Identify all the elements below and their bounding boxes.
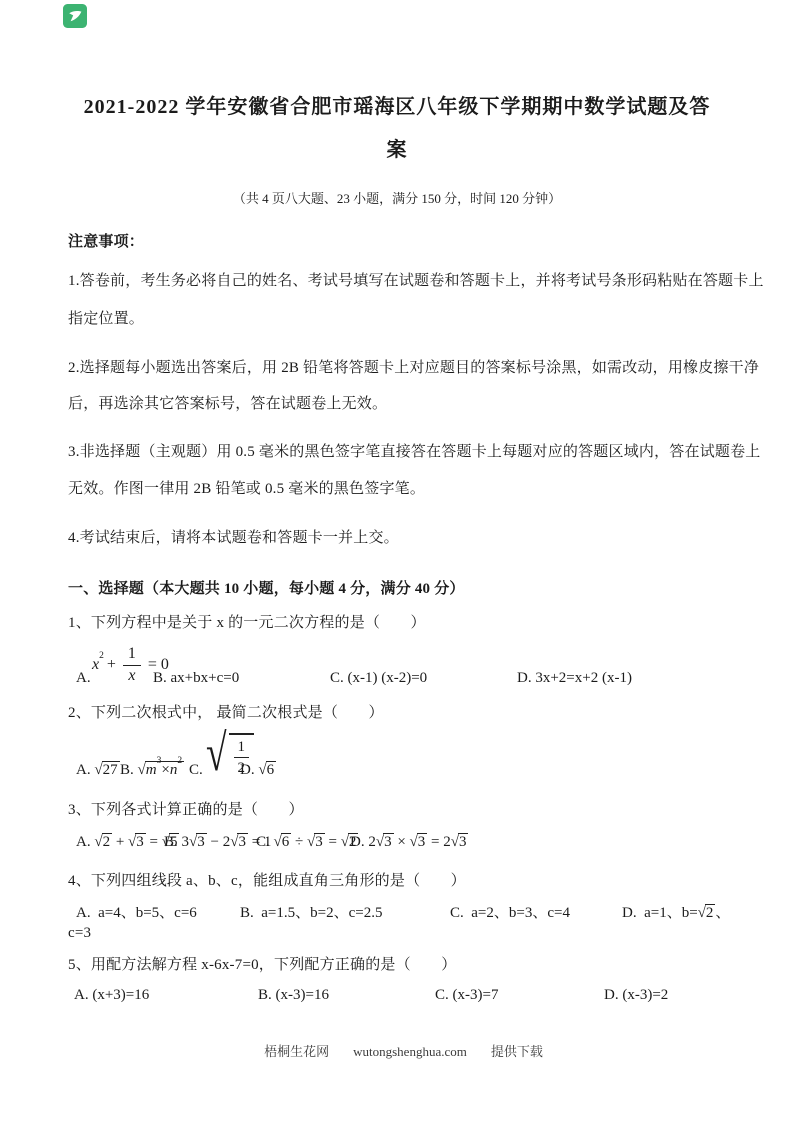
q4-stem: 4、下列四组线段 a、b、c，能组成直角三角形的是（ ） [68,871,466,891]
exam-document-page: 2021-2022 学年安徽省合肥市瑶海区八年级下学期期中数学试题及答 案 （共… [0,0,794,1123]
page-title-line1: 2021-2022 学年安徽省合肥市瑶海区八年级下学期期中数学试题及答 [0,94,794,121]
q2-options-row: A. √27 B. √m3×n2 C. √ 1 2 D. √6 [0,720,794,780]
q2-option-a-radicand: 27 [102,761,120,779]
notice-3-line2: 无效。作图一律用 2B 铅笔或 0.5 毫米的黑色签字笔。 [68,479,425,499]
exam-subtitle: （共 4 页八大题、23 小题，满分 150 分，时间 120 分钟） [0,190,794,208]
q4-option-b: B. a=1.5、b=2、c=2.5 [240,904,382,924]
q5-option-a: A. (x+3)=16 [74,986,149,1006]
notice-3-line1: 3.非选择题（主观题）用 0.5 毫米的黑色签字笔直接答在答题卡上每题对应的答题… [68,442,761,462]
q1-formula-fraction: 1 x [123,645,141,685]
q2-option-d-radicand: 6 [266,761,277,779]
q4-option-a: A. a=4、b=5、c=6 [76,904,197,924]
q2-fraction-numerator: 1 [234,738,250,758]
notice-2-line2: 后，再选涂其它答案标号，答在试题卷上无效。 [68,394,387,414]
q4-options-row: A. a=4、b=5、c=6 B. a=1.5、b=2、c=2.5 C. a=2… [0,901,794,923]
q2-option-c-label: C. [189,761,203,781]
q2-option-d: D. √6 [240,761,276,781]
q1-fraction-denominator: x [128,666,135,685]
q5-option-c: C. (x-3)=7 [435,986,498,1006]
q5-stem: 5、用配方法解方程 x-6x-7=0，下列配方正确的是（ ） [68,955,456,975]
q5-option-b: B. (x-3)=16 [258,986,329,1006]
q1-option-b: B. ax+bx+c=0 [153,669,239,689]
q4-option-d-line2: c=3 [68,923,91,943]
footer-site-url: wutongshenghua.com [353,1044,467,1059]
page-title-line2: 案 [0,137,794,164]
footer-suffix: 提供下载 [491,1044,543,1059]
q1-option-d: D. 3x+2=x+2 (x-1) [517,669,632,689]
q3-option-c: C. √6 ÷ √3 = √2 [256,833,358,853]
notice-1-line1: 1.答卷前，考生务必将自己的姓名、考试号填写在试题卷和答题卡上，并将考试号条形码… [68,271,764,291]
q3-options-row: A. √2 + √3 = √5 B. 3√3 − 2√3 = 1√ C. √6 … [0,828,794,852]
site-logo-icon [63,4,87,28]
notice-1-line2: 指定位置。 [68,309,144,329]
q1-option-a-label: A. [76,669,91,689]
q1-stem: 1、下列方程中是关于 x 的一元二次方程的是（ ） [68,613,426,633]
section-1-heading: 一、选择题（本大题共 10 小题，每小题 4 分，满分 40 分） [68,579,465,599]
notice-4: 4.考试结束后，请将本试题卷和答题卡一并上交。 [68,528,399,548]
footer: 梧桐生花网wutongshenghua.com提供下载 [0,1025,794,1078]
q3-stem: 3、下列各式计算正确的是（ ） [68,800,304,820]
q1-formula-plus: + [107,657,116,673]
notice-heading: 注意事项： [68,232,144,252]
q4-option-d: D. a=1、b=√2、 [622,904,730,924]
notice-2-line1: 2.选择题每小题选出答案后，用 2B 铅笔将答题卡上对应题目的答案标号涂黑，如需… [68,358,759,378]
q4-option-c: C. a=2、b=3、c=4 [450,904,570,924]
q2-option-b: B. √m3×n2 [120,761,184,781]
q2-option-a: A. √27 [76,761,120,781]
q1-option-c: C. (x-1) (x-2)=0 [330,669,427,689]
q3-option-d: D. 2√3 × √3 = 2√3 [350,833,468,853]
q1-options-row: A. x2 + 1 x = 0 B. ax+bx+c=0 C. (x-1) (x… [0,632,794,688]
q2-big-radical-sign: √ [206,729,227,779]
q1-fraction-numerator: 1 [123,645,141,665]
footer-site-name: 梧桐生花网 [264,1044,329,1059]
q5-option-d: D. (x-3)=2 [604,986,668,1006]
q5-options-row: A. (x+3)=16 B. (x-3)=16 C. (x-3)=7 D. (x… [0,983,794,1005]
q1-formula-exp: 2 [99,651,104,661]
